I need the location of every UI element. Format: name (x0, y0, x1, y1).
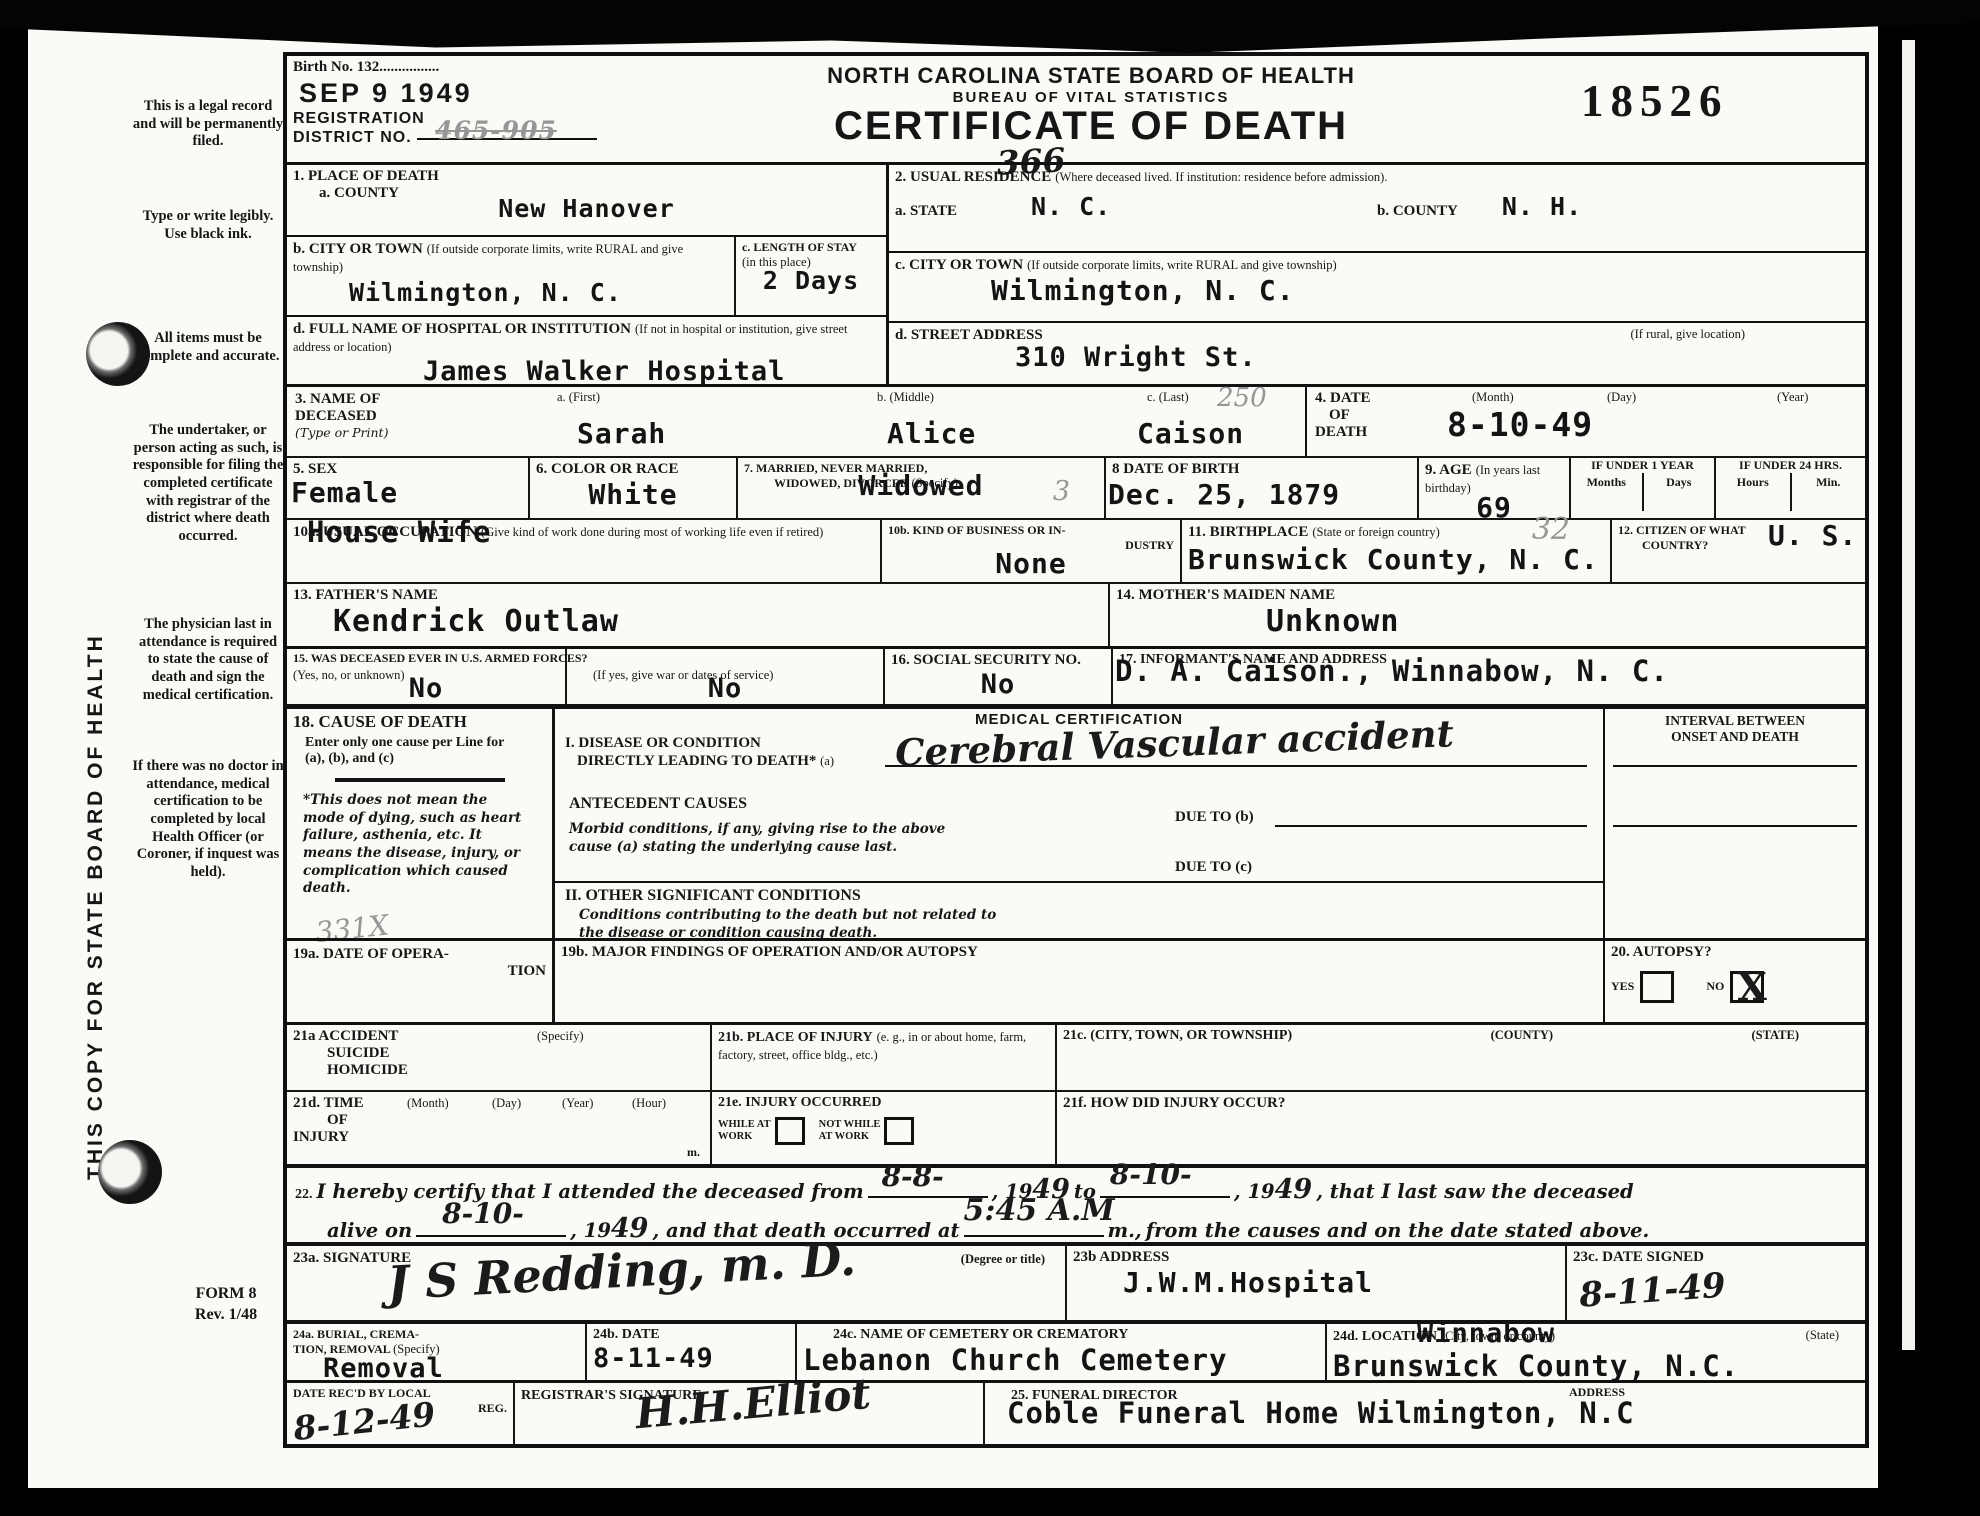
field-registrar-signature: REGISTRAR'S SIGNATURE H.H.Elliot (515, 1383, 985, 1444)
hole-punch-bottom (98, 1140, 162, 1204)
field-place-city: b. CITY OR TOWN (If outside corporate li… (287, 237, 736, 315)
sex-value: Female (291, 476, 522, 509)
other-conditions-rule (555, 881, 1603, 883)
autopsy-no-mark: X (1737, 964, 1766, 1009)
field-signer-address: 23b ADDRESS J.W.M.Hospital (1067, 1246, 1567, 1320)
place-city-value: Wilmington, N. C. (349, 278, 728, 307)
board-title: NORTH CAROLINA STATE BOARD OF HEALTH (653, 63, 1529, 89)
field-how-injury: 21f. HOW DID INJURY OCCUR? (1057, 1092, 1865, 1164)
color-race-value: White (536, 478, 730, 511)
margin-note-no-doctor: If there was no doctor in attendance, me… (132, 758, 284, 882)
ssn-value: No (891, 669, 1105, 700)
field-birthplace: 11. BIRTHPLACE (State or foreign country… (1182, 520, 1612, 582)
field-date-of-death: 4. DATE OF DEATH (Month) (Day) (Year) 8-… (1305, 387, 1865, 456)
field-deceased-name: 3. NAME OF DECEASED (Type or Print) a. (… (287, 387, 1305, 456)
field-ssn: 16. SOCIAL SECURITY NO. No (885, 649, 1113, 704)
field-business: 10b. KIND OF BUSINESS OR IN- DUSTRY None (882, 520, 1182, 582)
residence-city-value: Wilmington, N. C. (991, 274, 1859, 307)
sidebar-divider (335, 778, 505, 782)
birth-no: Birth No. 132................ (293, 59, 641, 76)
header-left: Birth No. 132................ SEP 9 1949… (287, 56, 647, 162)
certificate-paper: THIS COPY FOR STATE BOARD OF HEALTH This… (28, 22, 1878, 1488)
marital-pencil: 3 (1053, 476, 1070, 507)
death-time-value: 5:45 A.M (964, 1193, 1115, 1228)
header-center: NORTH CAROLINA STATE BOARD OF HEALTH BUR… (647, 56, 1535, 162)
burial-date-value: 8-11-49 (593, 1343, 789, 1374)
field-informant: 17. INFORMANT'S NAME AND ADDRESS D. A. C… (1113, 649, 1865, 704)
first-name-value: Sarah (577, 417, 666, 450)
citizen-value: U. S. (1768, 519, 1859, 552)
field-marital-status: 7. MARRIED, NEVER MARRIED, WIDOWED, DIVO… (738, 458, 1106, 518)
field-injury-occurred: 21e. INJURY OCCURRED WHILE AT WORK NOT W… (712, 1092, 1057, 1164)
hospital-value: James Walker Hospital (423, 356, 880, 387)
field-certify-statement: 22. I hereby certify that I attended the… (287, 1164, 1865, 1242)
last-name-pencil: 250 (1217, 383, 1267, 413)
death-certificate-form: Birth No. 132................ SEP 9 1949… (283, 52, 1869, 1448)
attended-to-value: 8-10- (1110, 1158, 1192, 1191)
alive-on-value: 8-10- (442, 1197, 524, 1230)
street-address-value: 310 Wright St. (1015, 342, 1859, 373)
field-residence-state-county: 2. USUAL RESIDENCE (Where deceased lived… (889, 165, 1865, 251)
field-age: 9. AGE (In years last birthday) 69 (1419, 458, 1571, 518)
field-burial-date: 24b. DATE 8-11-49 (587, 1324, 797, 1380)
field-time-of-injury: 21d. TIME OF INJURY (Month) (Day) (Year)… (287, 1092, 712, 1164)
interval-line-b (1613, 825, 1857, 827)
injury-not-work-checkbox (884, 1117, 914, 1145)
mother-value: Unknown (1266, 604, 1859, 639)
field-mother: 14. MOTHER'S MAIDEN NAME Unknown (1110, 584, 1865, 646)
field-cemetery: 24c. NAME OF CEMETERY OR CREMATORY Leban… (797, 1324, 1327, 1380)
registrar-signature-value: H.H.Elliot (633, 1369, 872, 1438)
field-cemetery-location: 24d. LOCATION (City, town, or county) (S… (1327, 1324, 1865, 1380)
field-major-findings: 19b. MAJOR FINDINGS OF OPERATION AND/OR … (555, 941, 1603, 1022)
field-date-signed: 23c. DATE SIGNED 8-11-49 (1567, 1246, 1865, 1320)
field-under-24-hrs: IF UNDER 24 HRS. Hours Min. (1716, 458, 1865, 518)
section-1: 1. PLACE OF DEATH a. COUNTY New Hanover … (287, 165, 889, 384)
field-place-of-injury: 21b. PLACE OF INJURY (e. g., in or about… (712, 1025, 1057, 1090)
interval-line-a (1613, 765, 1857, 767)
last-name-value: Caison (1137, 417, 1244, 450)
funeral-director-value: Coble Funeral Home Wilmington, N.C (1007, 1396, 1859, 1430)
form-rev-label: Rev. 1/48 (156, 1305, 296, 1326)
form-number-label: FORM 8 (156, 1284, 296, 1305)
field-injury-location: 21c. (CITY, TOWN, OR TOWNSHIP) (COUNTY) … (1057, 1025, 1865, 1090)
father-value: Kendrick Outlaw (333, 604, 1102, 639)
field-autopsy: 20. AUTOPSY? YES NO X (1603, 941, 1865, 1022)
injury-while-work-checkbox (775, 1117, 805, 1145)
birthplace-value: Brunswick County, N. C. (1188, 543, 1604, 576)
autopsy-no-checkbox: X (1730, 971, 1764, 1003)
residence-county-value: N. H. (1502, 192, 1582, 221)
autopsy-yes-checkbox (1640, 971, 1674, 1003)
field-date-received: DATE REC'D BY LOCAL REG. 8-12-49 (287, 1383, 515, 1444)
length-of-stay-value: 2 Days (742, 266, 880, 295)
field-occupation: 10a. USUAL OCCUPATION (Give kind of work… (287, 520, 882, 582)
margin-note-physician: The physician last in attendance is requ… (132, 616, 284, 704)
field-length-of-stay: c. LENGTH OF STAY (in this place) 2 Days (736, 237, 886, 315)
margin-note-type: Type or write legibly. Use black ink. (132, 208, 284, 243)
field-color-race: 6. COLOR OR RACE White (530, 458, 738, 518)
medical-certification: MEDICAL CERTIFICATION I. DISEASE OR COND… (555, 709, 1603, 938)
signer-address-value: J.W.M.Hospital (1123, 1266, 1559, 1299)
margin-note-undertaker: The undertaker, or person acting as such… (132, 422, 284, 546)
field-place-county: 1. PLACE OF DEATH a. COUNTY New Hanover (287, 165, 886, 235)
residence-state-value: N. C. (1031, 192, 1111, 221)
field-funeral-director: 25. FUNERAL DIRECTOR ADDRESS Coble Funer… (985, 1383, 1865, 1444)
section-2: 2. USUAL RESIDENCE (Where deceased lived… (889, 165, 1865, 384)
registration-district-label: REGISTRATION DISTRICT NO. 465-905 (293, 109, 641, 147)
margin-vertical-text: THIS COPY FOR STATE BOARD OF HEALTH (84, 520, 108, 1180)
field-citizen: 12. CITIZEN OF WHAT COUNTRY? U. S. (1612, 520, 1865, 582)
scan-right-strip (1902, 40, 1915, 1350)
cause-of-death-sidebar: 18. CAUSE OF DEATH Enter only one cause … (287, 709, 555, 938)
location-county-value: Brunswick County, N.C. (1333, 1349, 1859, 1383)
registration-district-value: 465-905 (435, 116, 557, 146)
field-signature: 23a. SIGNATURE (Degree or title) J S Red… (287, 1246, 1067, 1320)
attended-from-value: 8-8- (882, 1160, 944, 1193)
header-serial-cell: 18526 (1535, 56, 1865, 162)
field-armed-forces-b: (If yes, give war or dates of service) N… (567, 649, 885, 704)
due-b-line (1275, 825, 1587, 827)
place-of-death-label: 1. PLACE OF DEATH (293, 168, 880, 185)
field-armed-forces-a: 15. WAS DECEASED EVER IN U.S. ARMED FORC… (287, 649, 567, 704)
middle-name-value: Alice (887, 417, 976, 450)
cemetery-value: Lebanon Church Cemetery (803, 1343, 1319, 1377)
certificate-serial: 18526 (1581, 75, 1859, 127)
margin-note-complete: All items must be complete and accurate. (132, 330, 284, 365)
field-accident-suicide: 21a ACCIDENT SUICIDE HOMICIDE (Specify) (287, 1025, 712, 1090)
field-date-of-birth: 8 DATE OF BIRTH Dec. 25, 1879 (1106, 458, 1419, 518)
margin-note-legal: This is a legal record and will be perma… (132, 98, 284, 151)
interval-column: INTERVAL BETWEEN ONSET AND DEATH (1603, 709, 1865, 938)
field-sex: 5. SEX Female (287, 458, 530, 518)
received-date-stamp: SEP 9 1949 (299, 78, 641, 109)
physician-signature: J S Redding, m. D. (386, 1232, 857, 1310)
form-revision: FORM 8 Rev. 1/48 (156, 1284, 296, 1326)
field-hospital: d. FULL NAME OF HOSPITAL OR INSTITUTION … (287, 315, 886, 389)
field-burial: 24a. BURIAL, CREMA- TION, REMOVAL (Speci… (287, 1324, 587, 1380)
dob-value: Dec. 25, 1879 (1108, 478, 1411, 511)
field-father: 13. FATHER'S NAME Kendrick Outlaw (287, 584, 1110, 646)
field-street-address: d. STREET ADDRESS (If rural, give locati… (889, 321, 1865, 383)
informant-value: D. A. Caison., Winnabow, N. C. (1115, 654, 1859, 688)
birthplace-pencil: 32 (1532, 512, 1570, 547)
field-under-1-year: IF UNDER 1 YEAR Months Days (1571, 458, 1716, 518)
location-town-value: Winnabow (1417, 1318, 1555, 1349)
field-residence-city: c. CITY OR TOWN (If outside corporate li… (889, 251, 1865, 321)
date-of-death-value: 8-10-49 (1447, 405, 1593, 444)
field-date-of-operation: 19a. DATE OF OPERA- TION (287, 941, 555, 1022)
